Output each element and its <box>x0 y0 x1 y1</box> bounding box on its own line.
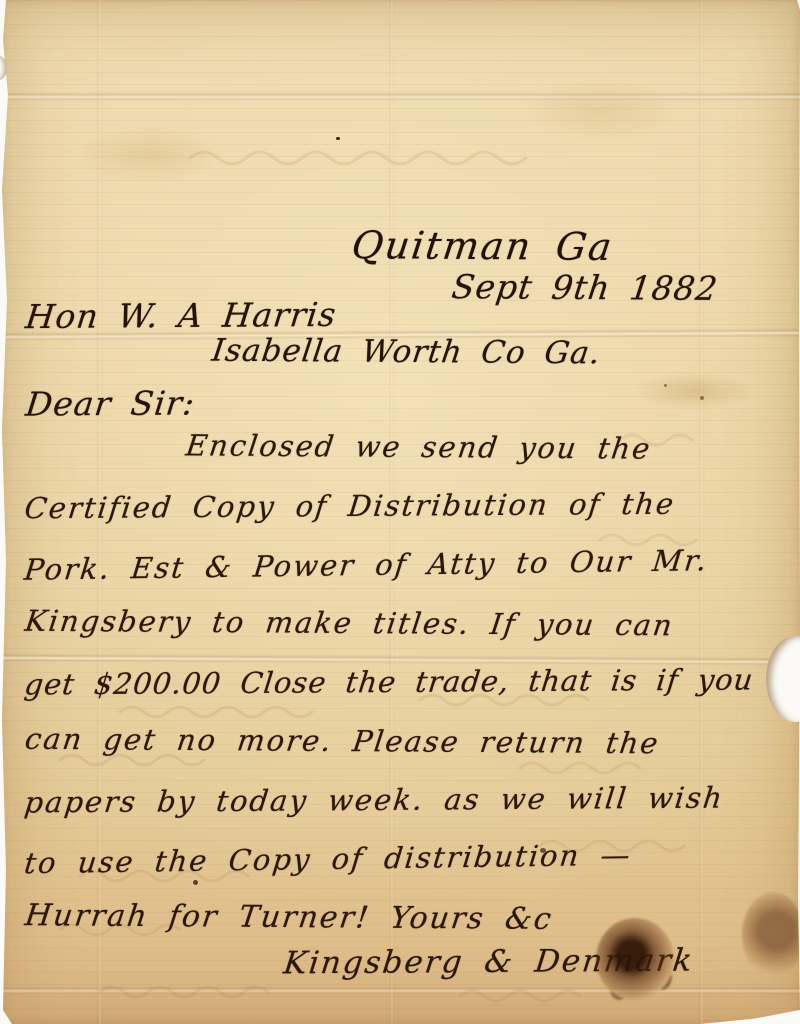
body-line-7: papers by today week. as we will wish <box>23 781 726 820</box>
body-line-5: get $200.00 Close the trade, that is if … <box>23 662 756 701</box>
letter-paper: Quitman Ga Sept 9th 1882 Hon W. A Harris… <box>0 0 800 1024</box>
ink-speck <box>336 137 340 140</box>
recipient-line: Hon W. A Harris <box>24 295 339 336</box>
age-stain <box>500 70 700 150</box>
paper-crease <box>0 986 800 995</box>
postscript-line: Hurrah for Turner! Yours &c <box>23 898 555 937</box>
ink-speck <box>700 396 704 400</box>
ink-speck <box>193 880 198 885</box>
ink-blot <box>596 918 674 1000</box>
age-stain <box>60 120 240 190</box>
place-line: Quitman Ga <box>349 223 616 269</box>
age-stain <box>620 368 770 414</box>
ink-blot <box>742 892 800 978</box>
body-line-1: Enclosed we send you the <box>184 428 654 465</box>
body-line-4: Kingsbery to make titles. If you can <box>23 604 676 643</box>
address-line: Isabella Worth Co Ga. <box>210 333 603 372</box>
scanned-letter: Quitman Ga Sept 9th 1882 Hon W. A Harris… <box>0 0 800 1024</box>
ink-speck <box>664 384 667 387</box>
salutation-line: Dear Sir: <box>24 383 198 423</box>
body-line-6: can get no more. Please return the <box>23 722 662 760</box>
date-line: Sept 9th 1882 <box>450 267 721 308</box>
paper-crease <box>698 0 705 1024</box>
body-line-2: Certified Copy of Distribution of the <box>23 487 677 526</box>
body-line-3: Pork. Est & Power of Atty to Our Mr. <box>23 543 711 587</box>
